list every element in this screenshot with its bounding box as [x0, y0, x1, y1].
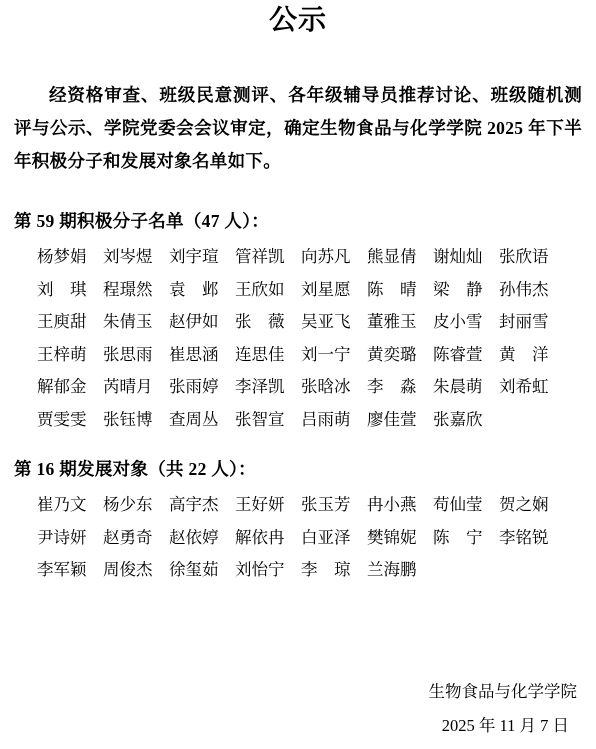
names-row: 王庾甜 朱倩玉 赵伊如 张 薇 吴亚飞 董雅玉 皮小雪 封丽雪 [14, 306, 582, 339]
activists-name-list: 杨梦娟 刘岑煜 刘宇瑄 管祥凯 向苏凡 熊显倩 谢灿灿 张欣语 刘 琪 程璟然 … [14, 241, 582, 436]
names-row: 贾雯雯 张钰博 查周丛 张智宣 吕雨萌 廖佳萱 张嘉欣 [14, 404, 582, 437]
announcement-document: 公示 经资格审查、班级民意测评、各年级辅导员推荐讨论、班级随机测评与公示、学院党… [0, 0, 596, 749]
document-footer: 生物食品与化学学院 2025 年 11 月 7 日 [14, 675, 582, 743]
development-name-list: 崔乃文 杨少东 高宇杰 王好妍 张玉芳 冉小燕 苟仙莹 贺之娴 尹诗妍 赵勇奇 … [14, 489, 582, 587]
intro-paragraph: 经资格审查、班级民意测评、各年级辅导员推荐讨论、班级随机测评与公示、学院党委会会… [14, 79, 582, 178]
names-row: 崔乃文 杨少东 高宇杰 王好妍 张玉芳 冉小燕 苟仙莹 贺之娴 [14, 489, 582, 522]
names-row: 尹诗妍 赵勇奇 赵依婷 解依冉 白亚泽 樊锦妮 陈 宁 李铭锐 [14, 522, 582, 555]
development-section-heading: 第 16 期发展对象（共 22 人）： [14, 453, 582, 486]
names-row: 解郁金 芮晴月 张雨婷 李泽凯 张晗冰 李 淼 朱晨萌 刘希虹 [14, 371, 582, 404]
activists-section-heading: 第 59 期积极分子名单（47 人）： [14, 205, 582, 238]
signature: 生物食品与化学学院 [14, 675, 582, 709]
names-row: 王梓萌 张思雨 崔思涵 连思佳 刘一宁 黄奕璐 陈睿萱 黄 洋 [14, 339, 582, 372]
activists-section: 第 59 期积极分子名单（47 人）： 杨梦娟 刘岑煜 刘宇瑄 管祥凯 向苏凡 … [14, 205, 582, 436]
names-row: 杨梦娟 刘岑煜 刘宇瑄 管祥凯 向苏凡 熊显倩 谢灿灿 张欣语 [14, 241, 582, 274]
names-row: 李军颖 周俊杰 徐玺茹 刘怡宁 李 琼 兰海鹏 [14, 554, 582, 587]
development-candidates-section: 第 16 期发展对象（共 22 人）： 崔乃文 杨少东 高宇杰 王好妍 张玉芳 … [14, 453, 582, 587]
names-row: 刘 琪 程璟然 袁 邺 王欣如 刘星愿 陈 晴 梁 静 孙伟杰 [14, 274, 582, 307]
page-title: 公示 [14, 4, 582, 38]
date-line: 2025 年 11 月 7 日 [14, 709, 582, 743]
